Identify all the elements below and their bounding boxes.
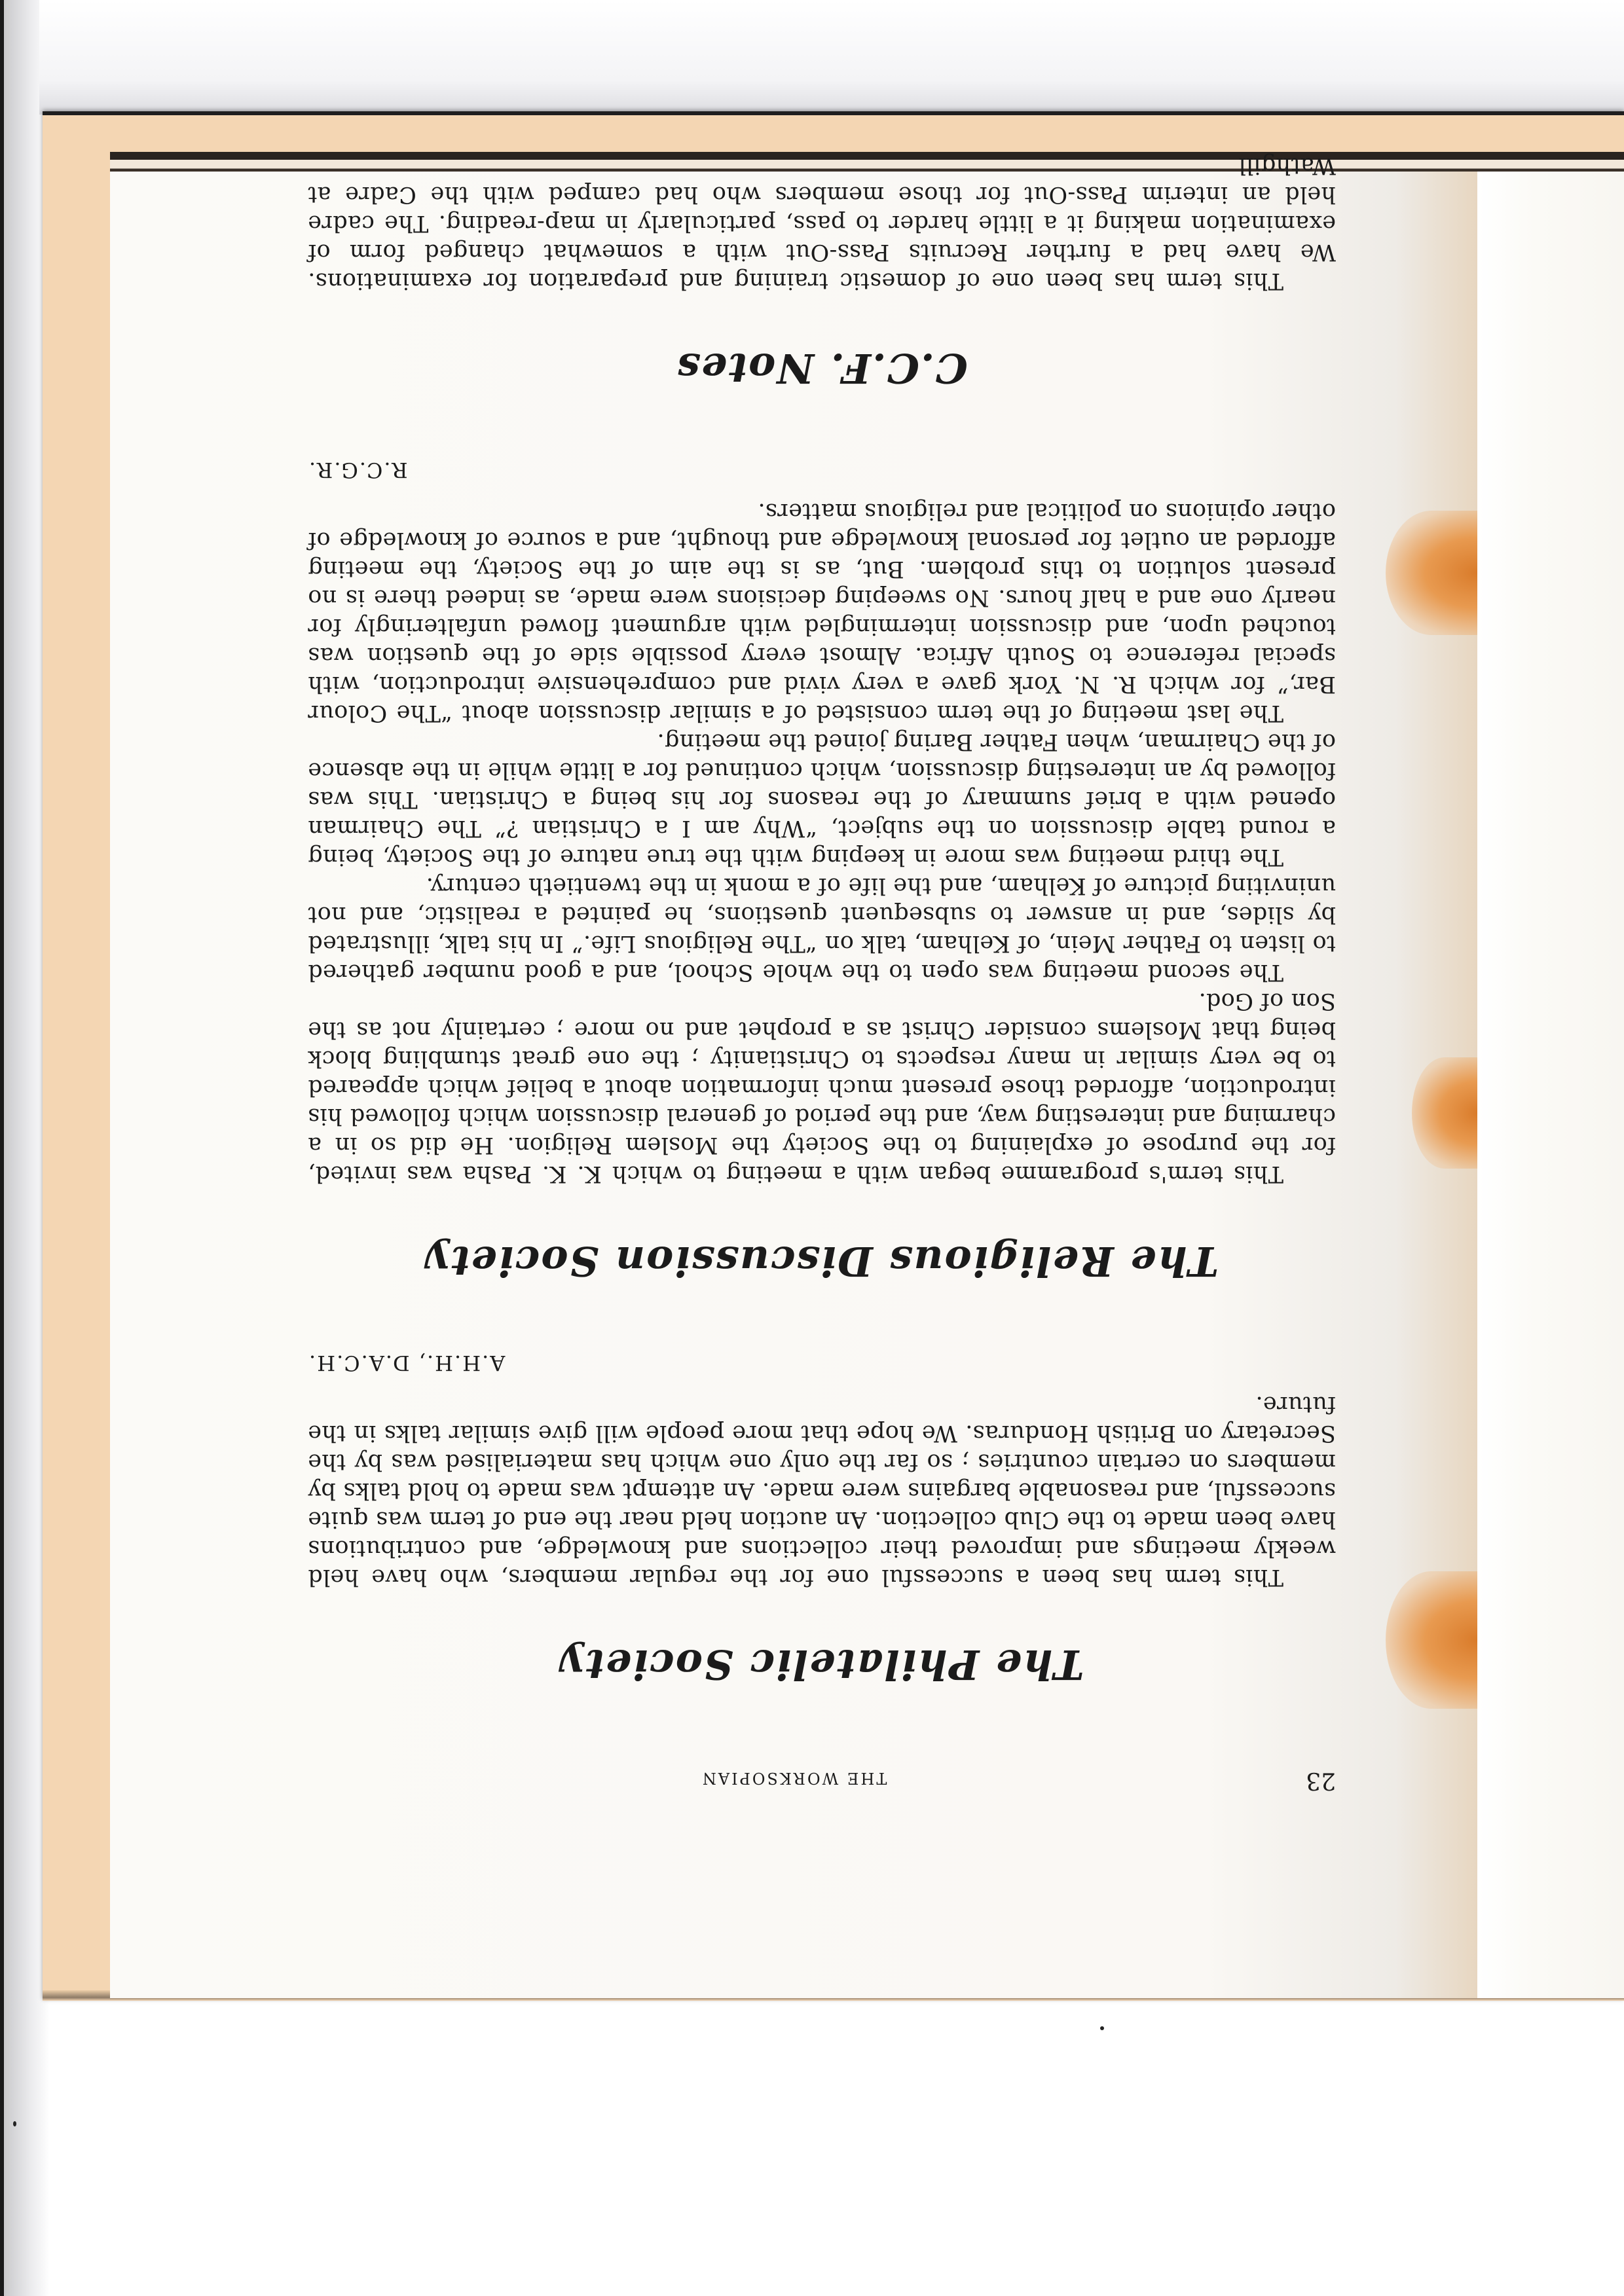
page-number: 23 bbox=[1306, 1767, 1336, 1794]
paragraph: This term has been a successful one for … bbox=[308, 1390, 1336, 1592]
paragraph: The second meeting was open to the whole… bbox=[308, 871, 1336, 987]
section-religious-discussion-society: The Religious Discussion Society This te… bbox=[308, 458, 1336, 1285]
section-philatelic-society: The Philatelic Society This term has bee… bbox=[308, 1351, 1336, 1688]
rust-stain bbox=[1386, 1571, 1477, 1709]
section-ccf-notes: C.C.F. Notes This term has been one of d… bbox=[308, 151, 1336, 392]
scan-background bbox=[39, 0, 1624, 115]
paragraph: This term's programme began with a meeti… bbox=[308, 987, 1336, 1188]
printed-page: 23 THE WORKSOPIAN The Philatelic Society… bbox=[308, 340, 1336, 1794]
signature: R.C.G.R. bbox=[308, 458, 1336, 483]
running-head: 23 THE WORKSOPIAN bbox=[308, 1767, 1336, 1794]
journal-title: THE WORKSOPIAN bbox=[308, 1769, 1306, 1787]
right-page-edge bbox=[1477, 172, 1624, 1998]
paragraph: This term has been one of domestic train… bbox=[308, 151, 1336, 295]
section-title: C.C.F. Notes bbox=[308, 344, 1336, 392]
rust-stain bbox=[1386, 511, 1477, 635]
section-title: The Philatelic Society bbox=[308, 1641, 1336, 1688]
dust-speck bbox=[1100, 2026, 1104, 2030]
signature: A.H.H., D.A.C.H. bbox=[308, 1351, 1336, 1376]
section-title: The Religious Discussion Society bbox=[308, 1237, 1336, 1285]
paragraph: The third meeting was more in keeping wi… bbox=[308, 727, 1336, 871]
dust-speck bbox=[13, 2121, 16, 2126]
rust-stain bbox=[1412, 1057, 1477, 1169]
paragraph: The last meeting of the term consisted o… bbox=[308, 497, 1336, 727]
